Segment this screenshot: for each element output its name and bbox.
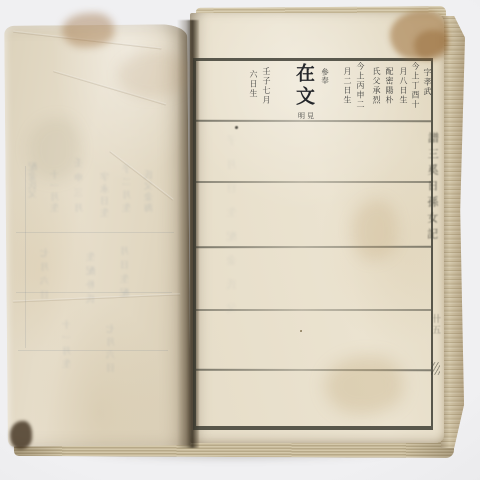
ghost-showthrough-column: 十一月生 bbox=[64, 320, 73, 372]
entry-detail-column: 字孝武 bbox=[423, 68, 431, 97]
ghost-grid-line bbox=[16, 232, 174, 233]
ghost-showthrough-column: 氏父金海 bbox=[146, 170, 155, 214]
ghost-grid-line bbox=[16, 292, 172, 293]
ghost-showthrough-column: 配金氏父 bbox=[30, 162, 39, 198]
entry-detail-column: 配密陽朴 bbox=[385, 67, 393, 105]
paper-crease bbox=[13, 31, 162, 50]
ghost-showthrough-column: 生配朴氏 bbox=[88, 252, 97, 308]
ghost-showthrough-column: 月日生配 bbox=[122, 246, 131, 302]
entry-detail-column: 氏父承烈 bbox=[372, 67, 380, 105]
entry-detail-column: 壬子七月 bbox=[262, 67, 270, 105]
ghost-showthrough-column: 壬申三月 bbox=[76, 158, 85, 218]
paper-crease bbox=[53, 70, 167, 105]
ghost-showthrough-column: 字永日生 bbox=[102, 172, 111, 220]
entry-detail-column: 月二日生 bbox=[343, 67, 351, 105]
left-page bbox=[4, 24, 191, 447]
fore-edge-mark bbox=[431, 362, 440, 375]
photo-background: 配金氏父 十一月生 壬申三月 字永日生 子二月生 氏父金海 七月六日 生配朴氏 … bbox=[0, 0, 480, 480]
table-row-line bbox=[196, 369, 431, 371]
entry-detail-column: 月八日生 bbox=[399, 67, 407, 105]
paper-crease bbox=[109, 150, 174, 200]
fore-edge-page-number: 卄五 bbox=[430, 314, 439, 336]
ghost-showthrough-column: 十一月生 bbox=[52, 170, 61, 214]
entry-detail-column: 今上丁酉十 bbox=[411, 62, 419, 110]
entry-note-below-name: 明見 bbox=[298, 111, 316, 121]
ghost-showthrough-column: 子二月生 bbox=[124, 164, 133, 216]
ghost-grid-line bbox=[25, 166, 26, 348]
entry-title-column: 參奉 bbox=[321, 68, 329, 85]
fold-showthrough-text: 子月日生配金氏父 bbox=[229, 135, 239, 327]
fore-edge-handwritten-title: 譜三奚日孫女記 bbox=[427, 132, 439, 244]
entry-detail-column: 今上丙申二 bbox=[356, 62, 364, 110]
fore-edge-page-stack bbox=[441, 16, 465, 448]
ghost-showthrough-column: 七月六日 bbox=[42, 248, 51, 304]
entry-name-large: 在文 bbox=[294, 63, 313, 109]
entry-detail-column: 六日生 bbox=[249, 70, 257, 99]
ghost-grid-line bbox=[18, 350, 168, 351]
